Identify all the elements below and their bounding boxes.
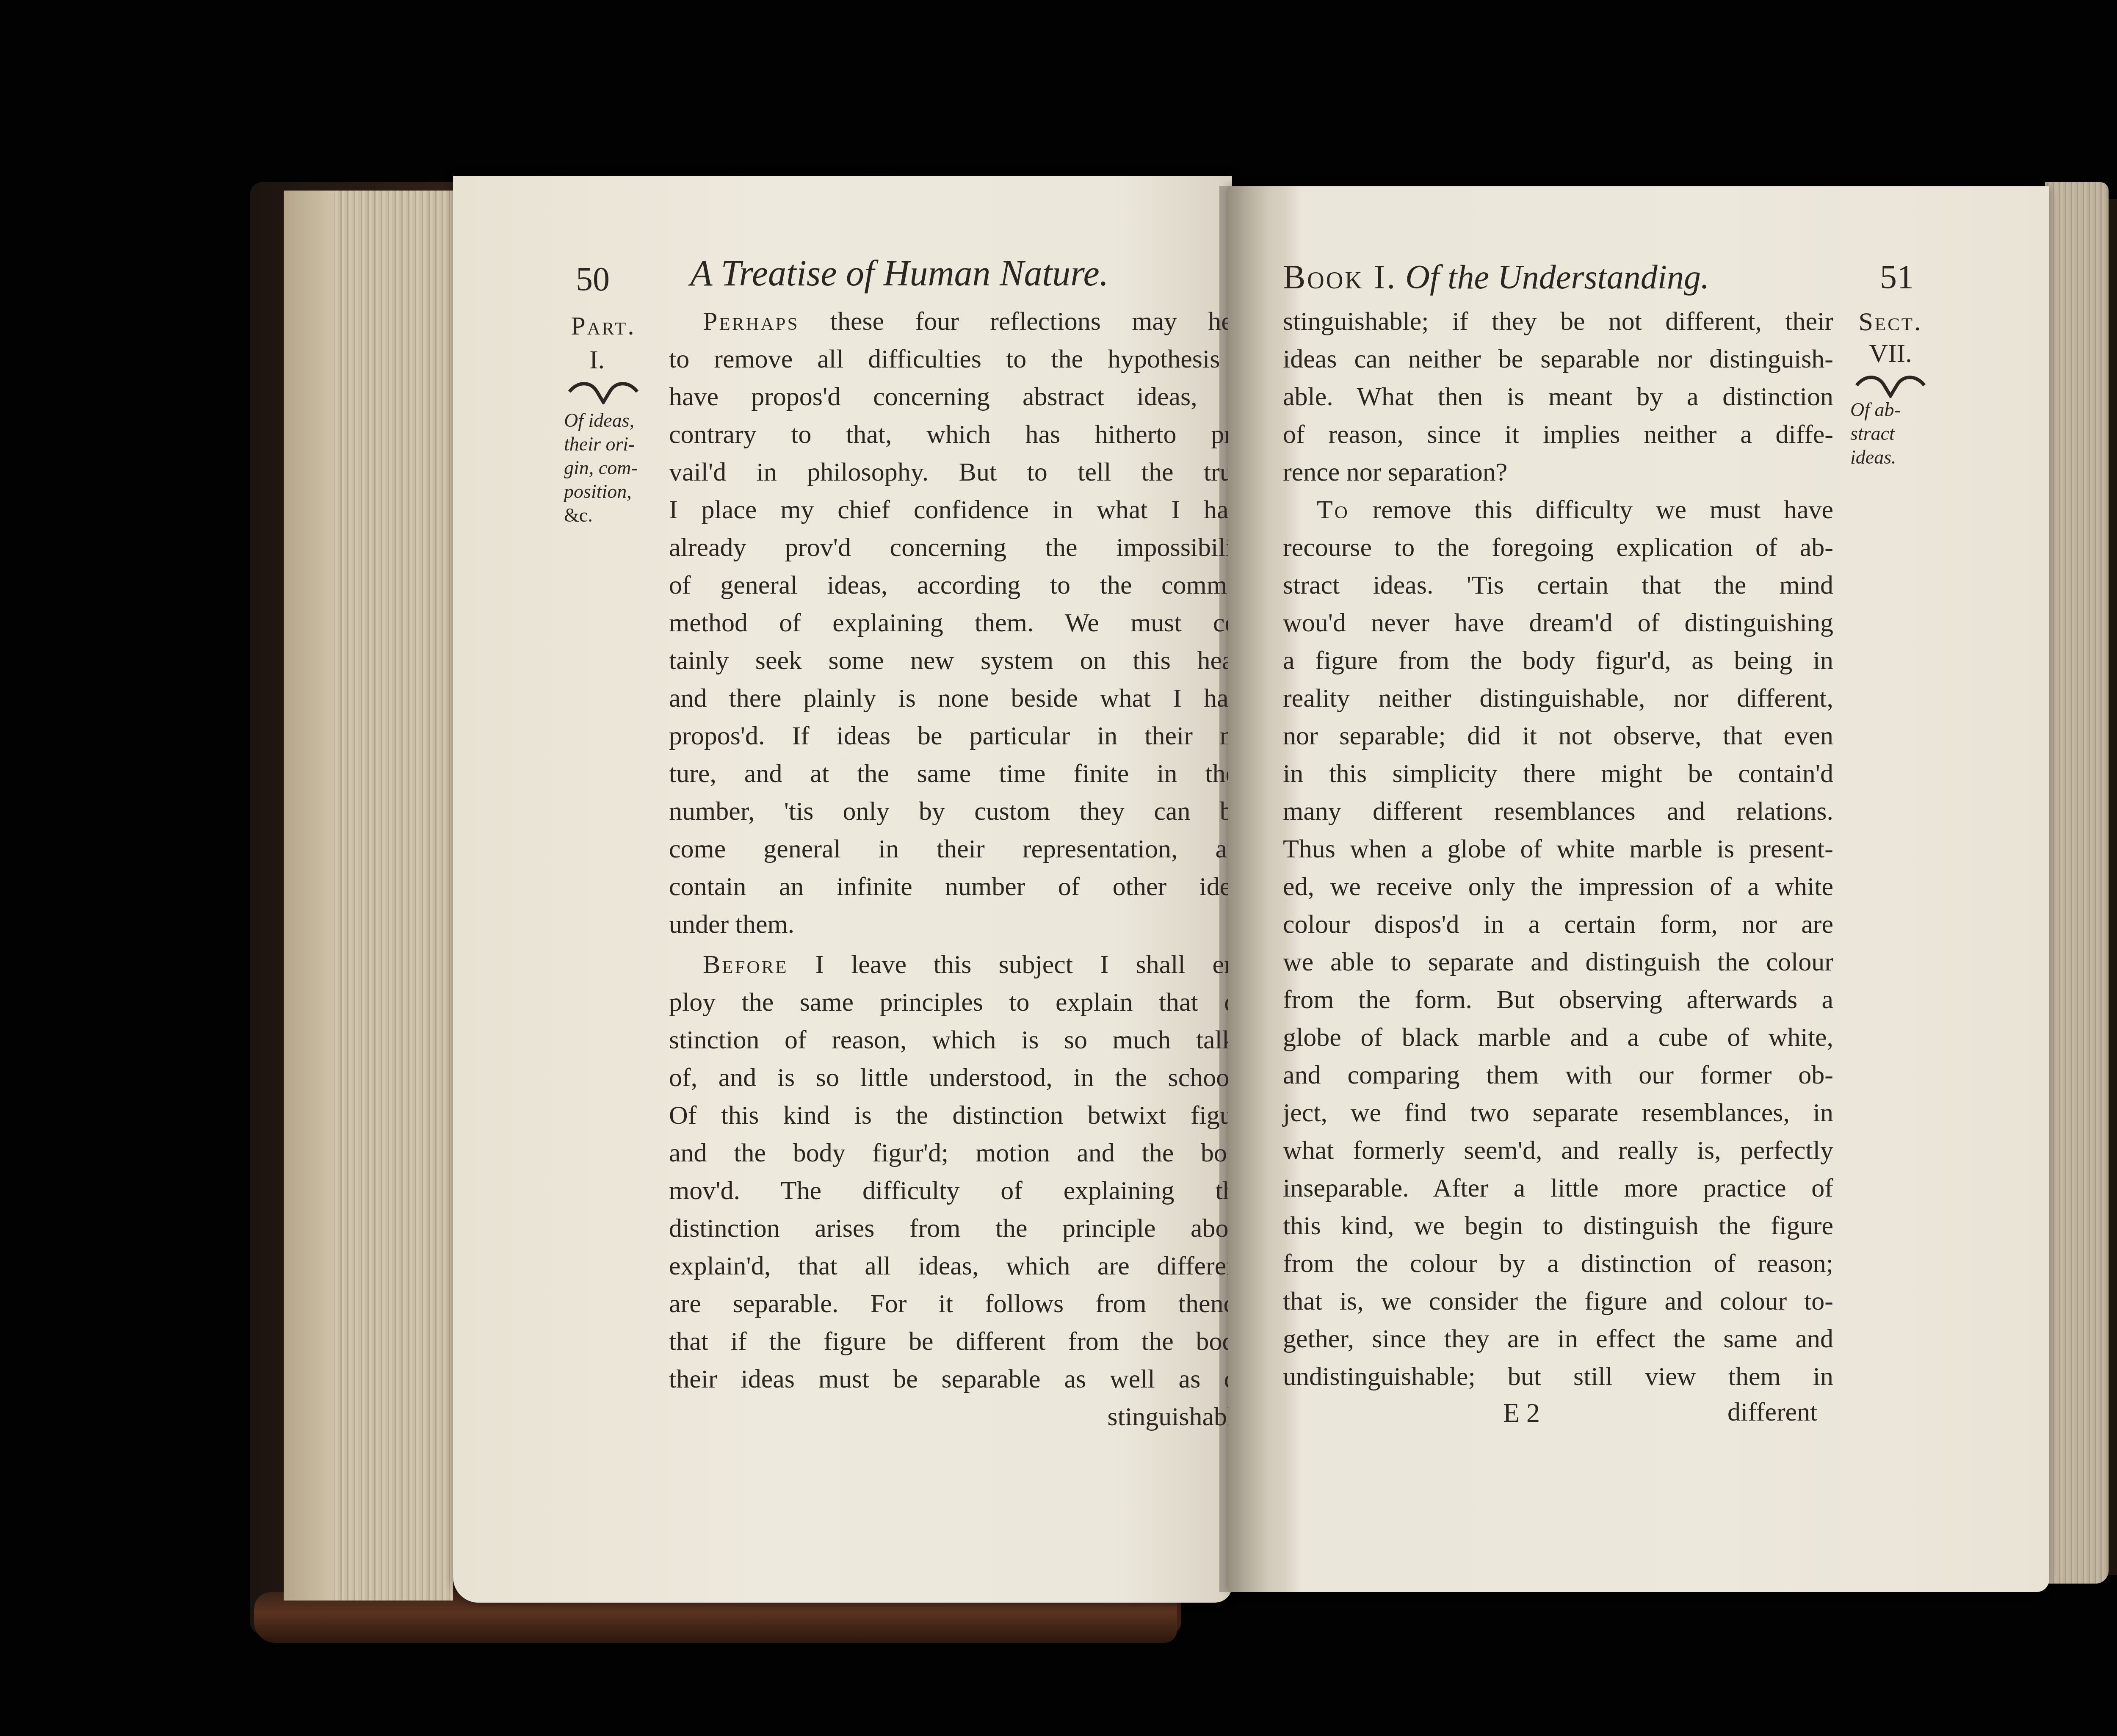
text-line: stinguishable; if they be not different,… (1283, 303, 1833, 340)
text-line: and there plainly is none beside what I … (669, 680, 1253, 717)
right-page-edges (2045, 182, 2109, 1584)
catchword: different (1727, 1397, 1817, 1427)
text-line: their ideas must be separable as well as… (669, 1360, 1253, 1398)
text-line: this kind, we begin to distinguish the f… (1283, 1207, 1833, 1245)
text-line: in this simplicity there might be contai… (1283, 755, 1833, 793)
text-line: wou'd never have dream'd of distinguishi… (1283, 604, 1833, 642)
text-line: Of this kind is the distinction betwixt … (669, 1097, 1253, 1134)
text-line: tainly seek some new system on this head… (669, 642, 1253, 680)
curly-brace-icon (1854, 373, 1926, 398)
text-line: many different resemblances and relation… (1283, 793, 1833, 830)
text-line: method of explaining them. We must cer- (669, 604, 1253, 642)
text-line: nor separable; did it not observe, that … (1283, 717, 1833, 755)
text-line: what formerly seem'd, and really is, per… (1283, 1132, 1833, 1169)
text-line: we able to separate and distinguish the … (1283, 943, 1833, 981)
right-body-text: stinguishable; if they be not different,… (1283, 303, 1833, 1396)
text-line: a figure from the body figur'd, as being… (1283, 642, 1833, 680)
text-line: of reason, since it implies neither a di… (1283, 416, 1833, 453)
gutter-shadow (1219, 186, 1270, 1592)
text-line: and comparing them with our former ob- (1283, 1056, 1833, 1094)
text-line: that if the figure be different from the… (669, 1323, 1253, 1360)
text-line: of, and is so little understood, in the … (669, 1059, 1253, 1097)
text-line: inseparable. After a little more practic… (1283, 1169, 1833, 1207)
text-line: stract ideas. 'Tis certain that the mind (1283, 567, 1833, 604)
text-line: globe of black marble and a cube of whit… (1283, 1019, 1833, 1056)
text-line: recourse to the foregoing explication of… (1283, 529, 1833, 567)
text-line: colour dispos'd in a certain form, nor a… (1283, 906, 1833, 943)
section-label: Sect. (1838, 305, 1943, 339)
text-line: mov'd. The difficulty of explaining this (669, 1172, 1253, 1210)
text-line: under them. (669, 906, 1253, 943)
text-line: able. What then is meant by a distinctio… (1283, 378, 1833, 416)
text-line: ploy the same principles to explain that… (669, 984, 1253, 1021)
curly-brace-icon (567, 379, 639, 404)
text-line: ed, we receive only the impression of a … (1283, 868, 1833, 906)
text-line: vail'd in philosophy. But to tell the tr… (669, 453, 1253, 491)
text-line: are separable. For it follows from thenc… (669, 1285, 1253, 1323)
part-label: Part. (555, 309, 652, 343)
book-photograph: 50 A Treatise of Human Nature. Part. I. … (0, 0, 2117, 1736)
text-line: number, 'tis only by custom they can be- (669, 793, 1253, 830)
text-line: Thus when a globe of white marble is pre… (1283, 830, 1833, 868)
text-line: that is, we consider the figure and colo… (1283, 1283, 1833, 1320)
part-number: I. (555, 343, 639, 377)
left-page: 50 A Treatise of Human Nature. Part. I. … (453, 176, 1232, 1603)
text-line: from the form. But observing afterwards … (1283, 981, 1833, 1019)
text-line: gether, since they are in effect the sam… (1283, 1320, 1833, 1358)
margin-note: Of ab- stract ideas. (1850, 398, 1935, 469)
left-page-edges (284, 191, 453, 1601)
text-line: of general ideas, according to the commo… (669, 567, 1253, 604)
section-number: VII. (1838, 337, 1943, 370)
page-number: 51 (1880, 258, 1914, 297)
text-line: reality neither distinguishable, nor dif… (1283, 680, 1833, 717)
text-line: propos'd. If ideas be particular in thei… (669, 717, 1253, 755)
text-line: I place my chief confidence in what I ha… (669, 491, 1253, 529)
text-line: and the body figur'd; motion and the bod… (669, 1134, 1253, 1172)
text-line: already prov'd concerning the impossibil… (669, 529, 1253, 567)
text-line: explain'd, that all ideas, which are dif… (669, 1247, 1253, 1285)
left-body-text: Perhaps these four reflections may help … (669, 303, 1253, 1436)
text-line: contrary to that, which has hitherto pre… (669, 416, 1253, 453)
running-head: A Treatise of Human Nature. (690, 252, 1108, 294)
page-number: 50 (576, 260, 610, 299)
text-line: to remove all difficulties to the hypoth… (669, 340, 1253, 378)
text-line: come general in their representation, an… (669, 830, 1253, 868)
text-line: undistinguishable; but still view them i… (1283, 1358, 1833, 1396)
text-line: ture, and at the same time finite in the… (669, 755, 1253, 793)
text-line: stinction of reason, which is so much ta… (669, 1021, 1253, 1059)
signature-mark: E 2 (1503, 1397, 1540, 1429)
text-line: contain an infinite number of other idea… (669, 868, 1253, 906)
text-line: Before I leave this subject I shall em- (669, 946, 1253, 984)
right-page: Book I. Of the Understanding. 51 Sect. V… (1228, 186, 2049, 1592)
text-line: from the colour by a distinction of reas… (1283, 1245, 1833, 1283)
text-line: To remove this difficulty we must have (1283, 491, 1833, 529)
text-line: distinction arises from the principle ab… (669, 1210, 1253, 1247)
text-line: ject, we find two separate resemblances,… (1283, 1094, 1833, 1132)
margin-note: Of ideas, their ori- gin, com- position,… (564, 409, 649, 527)
text-line: Perhaps these four reflections may help (669, 303, 1253, 340)
text-line: have propos'd concerning abstract ideas,… (669, 378, 1253, 416)
running-head: Book I. Of the Understanding. (1283, 258, 1709, 297)
text-line: rence nor separation? (1283, 453, 1833, 491)
catchword-line: stinguishable; (669, 1398, 1253, 1436)
text-line: ideas can neither be separable nor disti… (1283, 340, 1833, 378)
